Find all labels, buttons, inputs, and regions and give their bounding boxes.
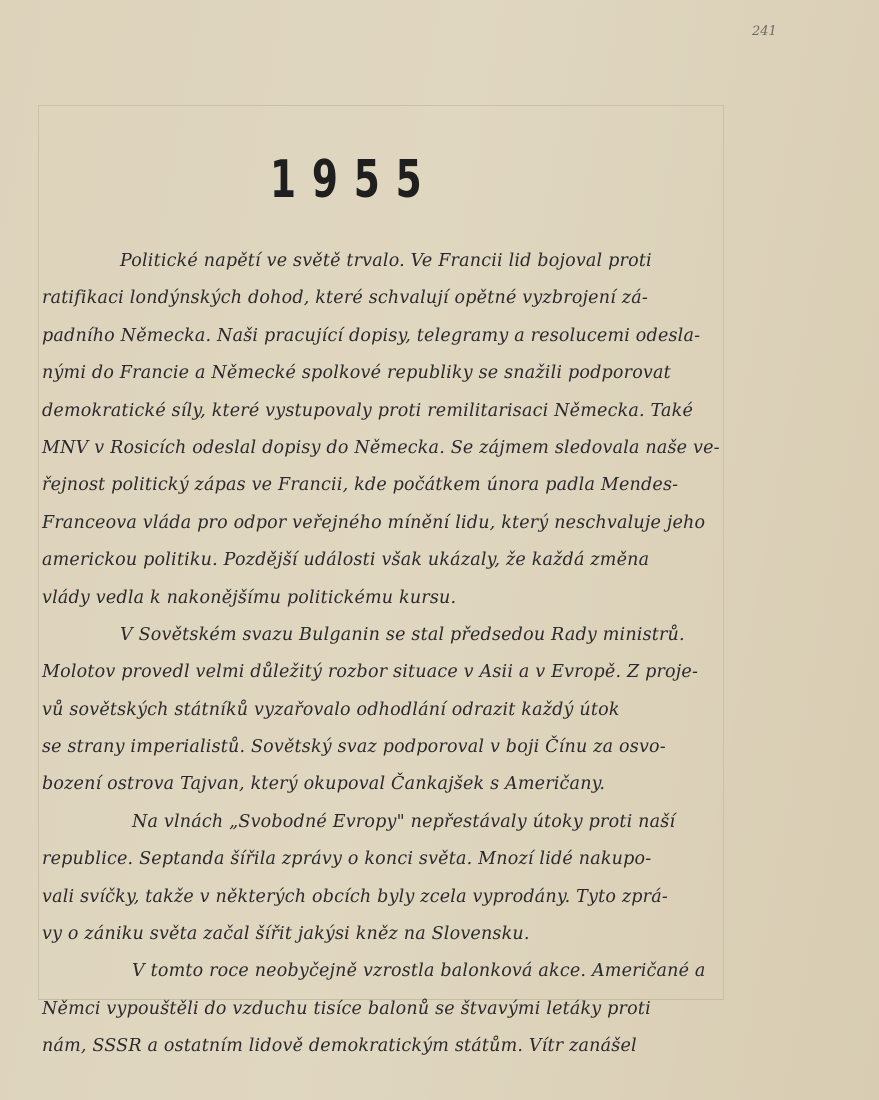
text-line: Němci vypouštěli do vzduchu tisíce balon… (42, 991, 722, 1028)
year-heading: 1955 (270, 150, 438, 210)
handwritten-text-block: Politické napětí ve světě trvalo. Ve Fra… (42, 243, 722, 1066)
text-line: Politické napětí ve světě trvalo. Ve Fra… (42, 243, 722, 280)
text-line: vlády vedla k nakonějšímu politickému ku… (42, 580, 722, 617)
text-line: se strany imperialistů. Sovětský svaz po… (42, 729, 722, 766)
text-line: ratifikaci londýnských dohod, které schv… (42, 280, 722, 317)
text-line: Franceova vláda pro odpor veřejného míně… (42, 505, 722, 542)
text-line: nými do Francie a Německé spolkové repub… (42, 355, 722, 392)
text-line: MNV v Rosicích odeslal dopisy do Německa… (42, 430, 722, 467)
text-line: Molotov provedl velmi důležitý rozbor si… (42, 654, 722, 691)
text-line: V tomto roce neobyčejně vzrostla balonko… (42, 953, 722, 990)
text-line: republice. Septanda šířila zprávy o konc… (42, 841, 722, 878)
manuscript-page: 241 1955 Politické napětí ve světě trval… (0, 0, 879, 1100)
text-line: V Sovětském svazu Bulganin se stal předs… (42, 617, 722, 654)
page-number: 241 (752, 24, 777, 39)
text-line: padního Německa. Naši pracující dopisy, … (42, 318, 722, 355)
text-line: americkou politiku. Pozdější události vš… (42, 542, 722, 579)
text-line: vali svíčky, takže v některých obcích by… (42, 879, 722, 916)
text-line: demokratické síly, které vystupovaly pro… (42, 393, 722, 430)
text-line: bození ostrova Tajvan, který okupoval Ča… (42, 766, 722, 803)
text-line: nám, SSSR a ostatním lidově demokratický… (42, 1028, 722, 1065)
text-line: Na vlnách „Svobodné Evropy" nepřestávaly… (42, 804, 722, 841)
text-line: vů sovětských státníků vyzařovalo odhodl… (42, 692, 722, 729)
text-line: řejnost politický zápas ve Francii, kde … (42, 467, 722, 504)
text-line: vy o zániku světa začal šířit jakýsi kně… (42, 916, 722, 953)
